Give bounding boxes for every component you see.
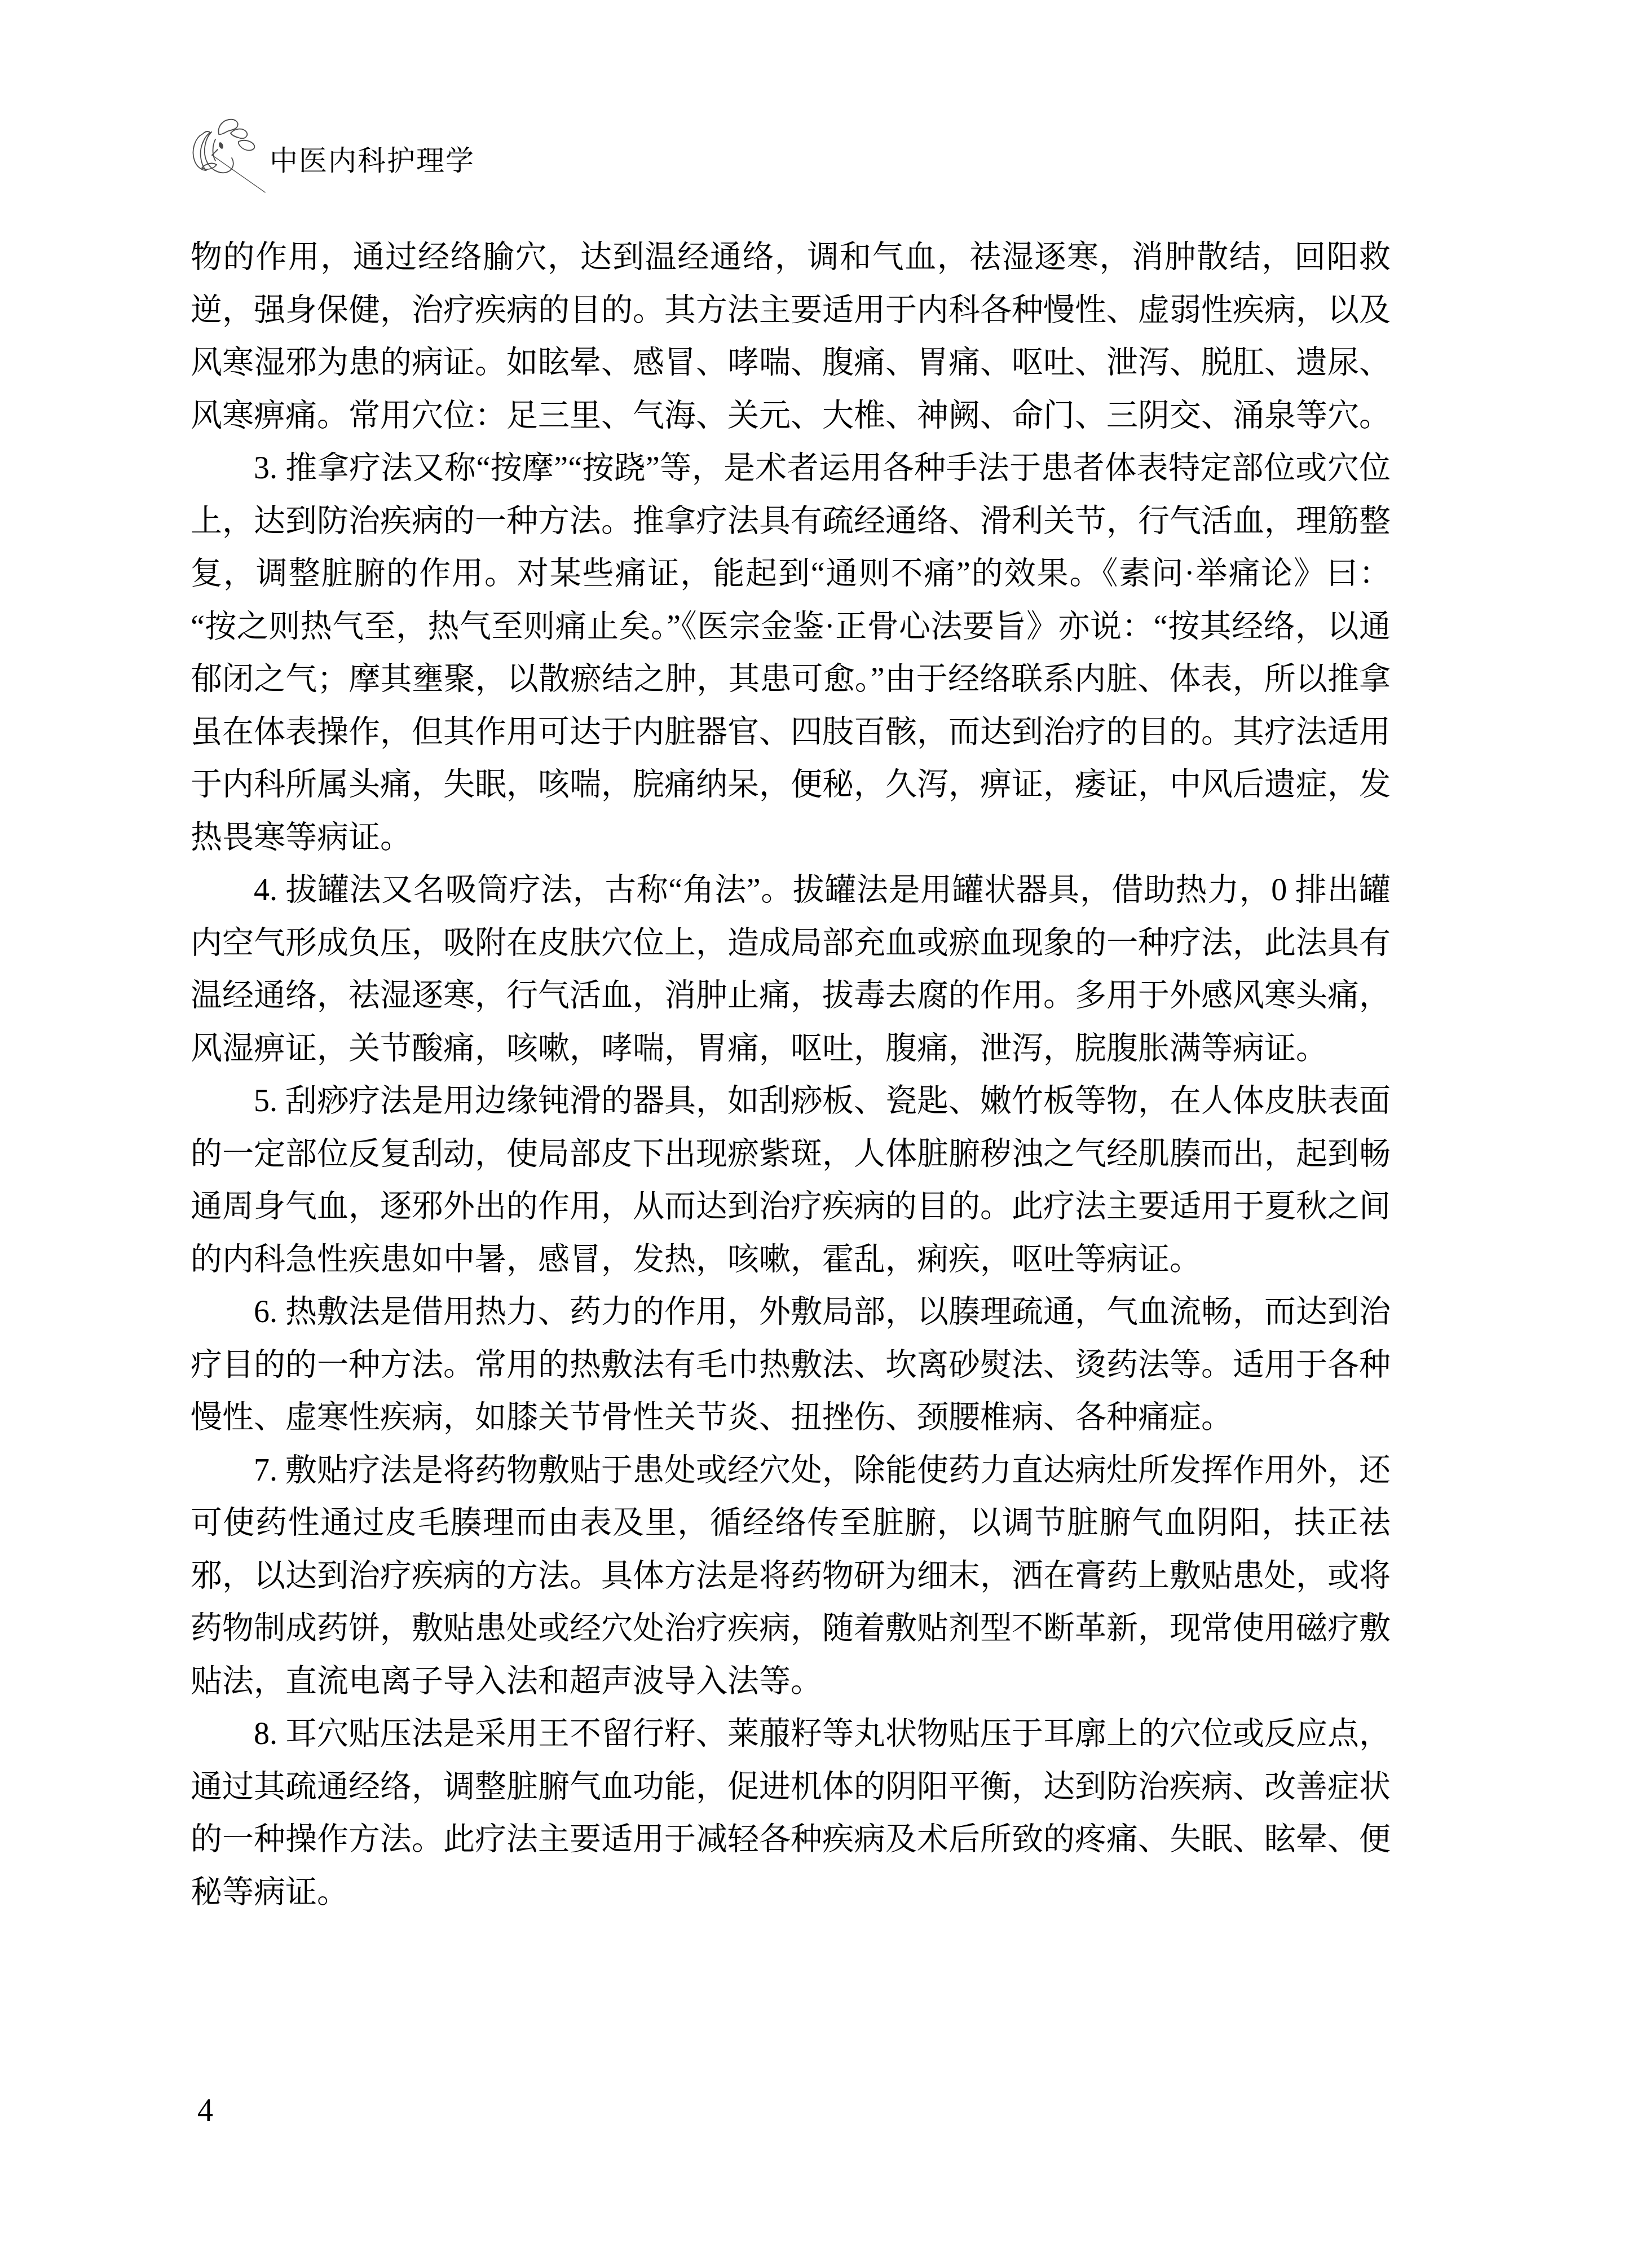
page-number: 4 bbox=[197, 2095, 213, 2126]
paragraph-guasha-therapy: 5. 刮痧疗法是用边缘钝滑的器具，如刮痧板、瓷匙、嫩竹板等物，在人体皮肤表面的一… bbox=[191, 1075, 1391, 1286]
paragraph-cupping-therapy: 4. 拔罐法又名吸筒疗法，古称“角法”。拔罐法是用罐状器具，借助热力，0 排出罐… bbox=[191, 864, 1391, 1075]
paragraph-moxibustion-continued: 物的作用，通过经络腧穴，达到温经通络，调和气血，祛湿逐寒，消肿散结，回阳救逆，强… bbox=[191, 231, 1391, 442]
book-page: 中医内科护理学 物的作用，通过经络腧穴，达到温经通络，调和气血，祛湿逐寒，消肿散… bbox=[0, 0, 1628, 2268]
acupuncture-hand-logo-icon bbox=[186, 116, 272, 196]
page-body: 物的作用，通过经络腧穴，达到温经通络，调和气血，祛湿逐寒，消肿散结，回阳救逆，强… bbox=[191, 231, 1391, 1919]
paragraph-plaster-application-therapy: 7. 敷贴疗法是将药物敷贴于患处或经穴处，除能使药力直达病灶所发挥作用外，还可使… bbox=[191, 1445, 1391, 1708]
page-header: 中医内科护理学 bbox=[186, 116, 694, 200]
paragraph-hot-compress-therapy: 6. 热敷法是借用热力、药力的作用，外敷局部，以腠理疏通，气血流畅，而达到治疗目… bbox=[191, 1286, 1391, 1445]
book-title: 中医内科护理学 bbox=[270, 147, 475, 175]
paragraph-ear-acupoint-pressing-therapy: 8. 耳穴贴压法是采用王不留行籽、莱菔籽等丸状物贴压于耳廓上的穴位或反应点，通过… bbox=[191, 1708, 1391, 1919]
paragraph-tuina-therapy: 3. 推拿疗法又称“按摩”“按跷”等，是术者运用各种手法于患者体表特定部位或穴位… bbox=[191, 442, 1391, 864]
